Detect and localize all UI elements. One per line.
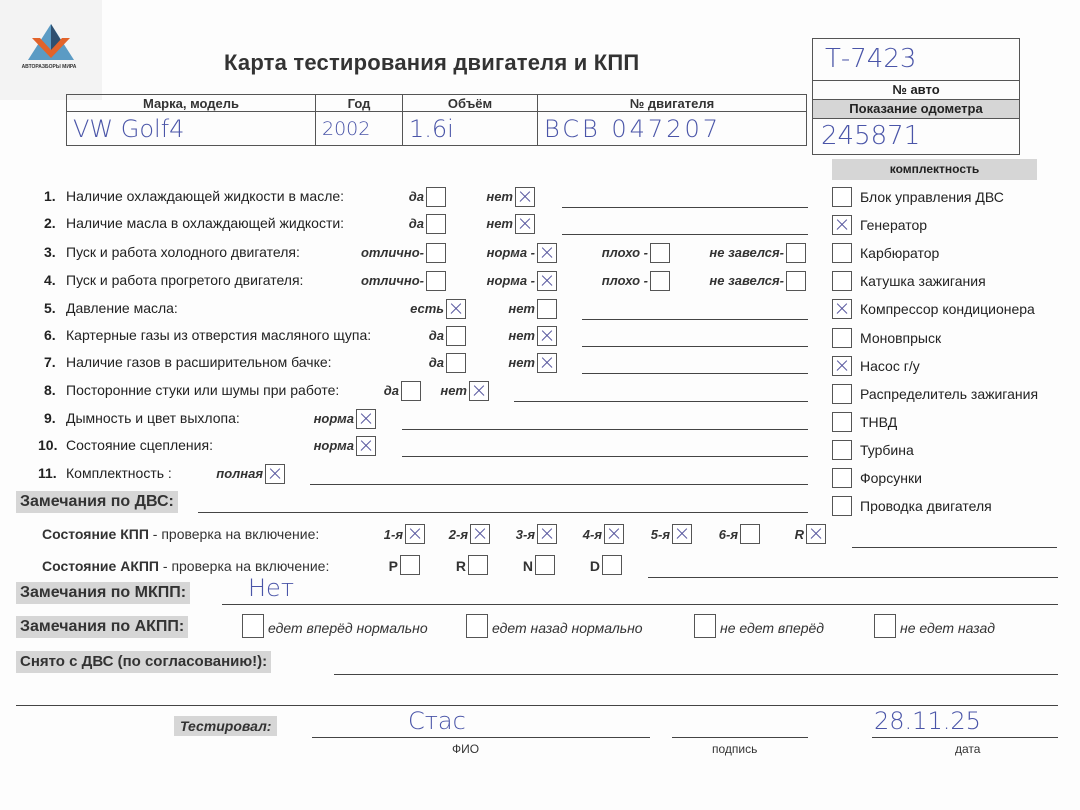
vehicle-info-table: Марка, модель Год Объём № двигателя VW G… xyxy=(66,94,807,146)
remarks-engine-field[interactable] xyxy=(198,512,808,513)
completeness-checkbox[interactable] xyxy=(832,496,852,516)
checkbox[interactable] xyxy=(515,214,535,234)
checkbox[interactable] xyxy=(401,381,421,401)
checkbox[interactable] xyxy=(426,243,446,263)
completeness-checkbox[interactable] xyxy=(832,356,852,376)
option-label: не завелся- xyxy=(702,245,784,260)
mode-checkbox[interactable] xyxy=(535,555,555,575)
auto-info-box: Т-7423 № авто Показание одометра 245871 xyxy=(812,38,1020,155)
date-line xyxy=(872,737,1058,738)
notes-line[interactable] xyxy=(562,207,808,208)
checkbox[interactable] xyxy=(446,299,466,319)
akpp-remark-checkbox[interactable] xyxy=(242,614,264,638)
checkbox[interactable] xyxy=(537,353,557,373)
engine-number-field[interactable]: BCB 047207 xyxy=(538,112,807,146)
question-label: Посторонние стуки или шумы при работе: xyxy=(66,382,339,398)
checkbox[interactable] xyxy=(650,271,670,291)
gear-checkbox[interactable] xyxy=(604,524,624,544)
option-label: норма xyxy=(310,438,354,453)
col-header-engine-number: № двигателя xyxy=(538,95,807,112)
checkbox[interactable] xyxy=(537,243,557,263)
option-label: норма xyxy=(310,411,354,426)
completeness-label: Проводка двигателя xyxy=(860,498,992,514)
option-label: плохо - xyxy=(596,273,648,288)
completeness-checkbox[interactable] xyxy=(832,384,852,404)
question-label: Наличие масла в охлаждающей жидкости: xyxy=(66,215,344,231)
option-label: нет xyxy=(504,355,535,370)
completeness-label: Карбюратор xyxy=(860,245,939,261)
checkbox[interactable] xyxy=(786,243,806,263)
question-label: Дымность и цвет выхлопа: xyxy=(66,410,240,426)
question-number: 5. xyxy=(44,300,56,316)
mode-label: N xyxy=(512,558,533,574)
akpp-remark-label: не едет назад xyxy=(900,620,995,636)
kpp-title-rest: - проверка на включение: xyxy=(149,526,319,542)
akpp-remark-checkbox[interactable] xyxy=(874,614,896,638)
option-label: да xyxy=(382,383,399,398)
option-label: норма - xyxy=(482,273,535,288)
tested-by-label: Тестировал: xyxy=(174,716,277,736)
completeness-label: Моновпрыск xyxy=(860,330,941,346)
name-caption: ФИО xyxy=(452,742,479,756)
gear-checkbox[interactable] xyxy=(672,524,692,544)
checkbox[interactable] xyxy=(426,214,446,234)
odometer-field[interactable]: 245871 xyxy=(813,119,1019,154)
option-label: отлично- xyxy=(356,273,424,288)
option-label: да xyxy=(428,355,444,370)
name-line xyxy=(312,737,650,738)
question-number: 10. xyxy=(38,437,57,453)
option-label: нет xyxy=(504,301,535,316)
tester-name-field[interactable]: Стас xyxy=(408,707,466,735)
checkbox[interactable] xyxy=(469,381,489,401)
col-header-volume: Объём xyxy=(403,95,538,112)
gear-checkbox[interactable] xyxy=(470,524,490,544)
remarks-akpp-label: Замечания по АКПП: xyxy=(16,616,188,638)
notes-line[interactable] xyxy=(582,319,808,320)
gear-label: 5-я xyxy=(643,527,670,542)
removed-label: Снято с ДВС (по согласованию!): xyxy=(16,651,271,673)
checkbox[interactable] xyxy=(537,299,557,319)
question-label: Пуск и работа холодного двигателя: xyxy=(66,244,300,260)
col-header-year: Год xyxy=(316,95,403,112)
completeness-checkbox[interactable] xyxy=(832,215,852,235)
mode-label: P xyxy=(380,558,398,574)
completeness-checkbox[interactable] xyxy=(832,468,852,488)
question-label: Картерные газы из отверстия масляного щу… xyxy=(66,327,371,343)
completeness-label: Форсунки xyxy=(860,470,922,486)
akpp-remark-checkbox[interactable] xyxy=(694,614,716,638)
option-label: есть xyxy=(407,301,444,316)
logo-area: АВТОРАЗБОРЫ МИРА xyxy=(0,0,102,100)
completeness-label: Насос г/у xyxy=(860,358,920,374)
completeness-checkbox[interactable] xyxy=(832,187,852,207)
page-title: Карта тестирования двигателя и КПП xyxy=(224,50,639,76)
checkbox[interactable] xyxy=(426,187,446,207)
odometer-label: Показание одометра xyxy=(813,100,1019,119)
checkbox[interactable] xyxy=(446,353,466,373)
year-field[interactable]: 2002 xyxy=(316,112,403,146)
kpp-title: Состояние КПП - проверка на включение: xyxy=(42,526,319,542)
auto-number-label: № авто xyxy=(813,81,1019,100)
completeness-checkbox[interactable] xyxy=(832,412,852,432)
completeness-label: ТНВД xyxy=(860,414,897,430)
completeness-label: Катушка зажигания xyxy=(860,273,986,289)
question-number: 8. xyxy=(44,382,56,398)
question-number: 4. xyxy=(44,272,56,288)
gear-label: R xyxy=(792,527,804,542)
volume-field[interactable]: 1.6i xyxy=(403,112,538,146)
checkbox[interactable] xyxy=(356,409,376,429)
notes-line[interactable] xyxy=(514,401,808,402)
remarks-mkpp-value[interactable]: Нет xyxy=(248,574,294,602)
question-label: Комплектность : xyxy=(66,465,172,481)
question-label: Состояние сцепления: xyxy=(66,437,213,453)
notes-line[interactable] xyxy=(582,346,808,347)
notes-line[interactable] xyxy=(582,373,808,374)
logo-text: АВТОРАЗБОРЫ МИРА xyxy=(19,64,79,70)
checkbox[interactable] xyxy=(537,326,557,346)
akpp-title-bold: Состояние АКПП xyxy=(42,558,159,574)
option-label: нет xyxy=(504,328,535,343)
akpp-remark-label: не едет вперёд xyxy=(720,620,824,636)
question-number: 2. xyxy=(44,215,56,231)
kpp-notes-field[interactable] xyxy=(852,547,1057,548)
question-number: 9. xyxy=(44,410,56,426)
gear-label: 2-я xyxy=(440,527,468,542)
completeness-label: Генератор xyxy=(860,217,927,233)
option-label: полная xyxy=(212,466,263,481)
gear-label: 3-я xyxy=(508,527,535,542)
question-label: Наличие газов в расширительном бачке: xyxy=(66,354,332,370)
checkbox[interactable] xyxy=(356,436,376,456)
gear-label: 6-я xyxy=(710,527,738,542)
akpp-remark-label: едет назад нормально xyxy=(492,620,643,636)
make-model-field[interactable]: VW Golf4 xyxy=(67,112,316,146)
checkbox[interactable] xyxy=(786,271,806,291)
question-label: Давление масла: xyxy=(66,300,178,316)
option-label: да xyxy=(398,189,424,204)
option-label: да xyxy=(398,216,424,231)
notes-line[interactable] xyxy=(402,429,808,430)
option-label: не завелся- xyxy=(702,273,784,288)
akpp-remark-checkbox[interactable] xyxy=(466,614,488,638)
remarks-mkpp-line xyxy=(222,604,1058,605)
completeness-label: Компрессор кондиционера xyxy=(860,301,1035,317)
checkbox[interactable] xyxy=(537,271,557,291)
completeness-label: Распределитель зажигания xyxy=(860,386,1038,402)
option-label: да xyxy=(428,328,444,343)
option-label: нет xyxy=(484,189,513,204)
akpp-notes-field[interactable] xyxy=(648,577,1058,578)
checkbox[interactable] xyxy=(650,243,670,263)
question-number: 11. xyxy=(38,465,57,481)
akpp-title: Состояние АКПП - проверка на включение: xyxy=(42,558,329,574)
mode-label: D xyxy=(578,558,600,574)
notes-line[interactable] xyxy=(310,484,808,485)
checkbox[interactable] xyxy=(446,326,466,346)
akpp-remark-label: едет вперёд нормально xyxy=(268,620,428,636)
removed-field[interactable] xyxy=(334,674,1058,675)
option-label: нет xyxy=(436,383,467,398)
notes-line[interactable] xyxy=(562,234,808,235)
mode-checkbox[interactable] xyxy=(400,555,420,575)
gear-checkbox[interactable] xyxy=(740,524,760,544)
mode-label: R xyxy=(448,558,466,574)
notes-line[interactable] xyxy=(402,456,808,457)
completeness-label: Блок управления ДВС xyxy=(860,189,1004,205)
gear-checkbox[interactable] xyxy=(405,524,425,544)
completeness-checkbox[interactable] xyxy=(832,243,852,263)
gear-checkbox[interactable] xyxy=(537,524,557,544)
question-number: 3. xyxy=(44,244,56,260)
option-label: плохо - xyxy=(596,245,648,260)
option-label: нет xyxy=(484,216,513,231)
completeness-header: комплектность xyxy=(832,159,1037,180)
checkbox[interactable] xyxy=(515,187,535,207)
mode-checkbox[interactable] xyxy=(468,555,488,575)
completeness-checkbox[interactable] xyxy=(832,271,852,291)
completeness-checkbox[interactable] xyxy=(832,299,852,319)
signature-caption: подпись xyxy=(712,742,757,756)
question-label: Наличие охлаждающей жидкости в масле: xyxy=(66,188,344,204)
checkbox[interactable] xyxy=(426,271,446,291)
completeness-checkbox[interactable] xyxy=(832,328,852,348)
date-caption: дата xyxy=(955,742,980,756)
kpp-title-bold: Состояние КПП xyxy=(42,526,149,542)
date-field[interactable]: 28.11.25 xyxy=(874,707,981,735)
question-number: 1. xyxy=(44,188,56,204)
remarks-mkpp-label: Замечания по МКПП: xyxy=(16,582,190,604)
question-number: 7. xyxy=(44,354,56,370)
completeness-label: Турбина xyxy=(860,442,914,458)
checkbox[interactable] xyxy=(265,464,285,484)
remarks-engine-label: Замечания по ДВС: xyxy=(16,491,178,513)
option-label: отлично- xyxy=(356,245,424,260)
signature-field[interactable] xyxy=(672,737,808,738)
mode-checkbox[interactable] xyxy=(602,555,622,575)
option-label: норма - xyxy=(482,245,535,260)
col-header-make-model: Марка, модель xyxy=(67,95,316,112)
gear-label: 4-я xyxy=(575,527,602,542)
question-number: 6. xyxy=(44,327,56,343)
logo-icon xyxy=(28,24,74,62)
akpp-title-rest: - проверка на включение: xyxy=(159,558,329,574)
auto-number-field[interactable]: Т-7423 xyxy=(813,39,1019,81)
question-label: Пуск и работа прогретого двигателя: xyxy=(66,272,303,288)
gear-label: 1-я xyxy=(372,527,403,542)
completeness-checkbox[interactable] xyxy=(832,440,852,460)
gear-checkbox[interactable] xyxy=(806,524,826,544)
